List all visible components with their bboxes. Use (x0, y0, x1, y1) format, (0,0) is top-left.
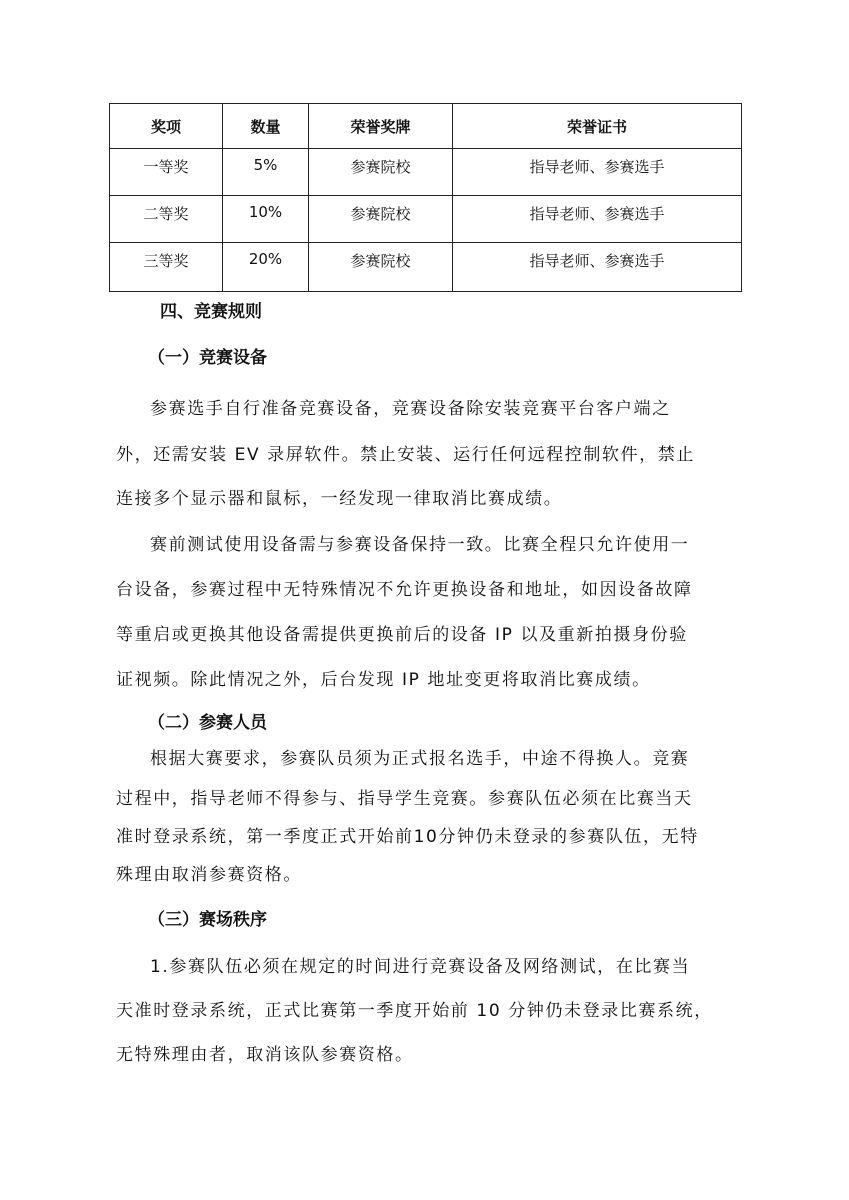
cell-medal: 参赛院校 (309, 149, 453, 196)
awards-table: 奖项 数量 荣誉奖牌 荣誉证书 一等奖 5% 参赛院校 指导老师、参赛选手 二等… (109, 103, 742, 292)
paragraph-line: 参赛选手自行准备竞赛设备，竞赛设备除安装竞赛平台客户端之 (150, 394, 671, 419)
cell-award: 二等奖 (110, 196, 223, 243)
subsection-heading-order: （三）赛场秩序 (148, 905, 267, 930)
paragraph-line: 赛前测试使用设备需与参赛设备保持一致。比赛全程只允许使用一 (150, 530, 689, 555)
paragraph-line: 外，还需安装 EV 录屏软件。禁止安装、运行任何远程控制软件，禁止 (116, 440, 695, 465)
table-row: 三等奖 20% 参赛院校 指导老师、参赛选手 (110, 243, 742, 292)
paragraph-line: 连接多个显示器和鼠标，一经发现一律取消比赛成绩。 (116, 484, 562, 509)
table-row: 二等奖 10% 参赛院校 指导老师、参赛选手 (110, 196, 742, 243)
header-quantity: 数量 (223, 104, 309, 149)
header-certificate: 荣誉证书 (453, 104, 742, 149)
section-heading: 四、竞赛规则 (160, 297, 262, 322)
paragraph-line: 无特殊理由者，取消该队参赛资格。 (116, 1040, 414, 1065)
cell-certificate: 指导老师、参赛选手 (453, 196, 742, 243)
cell-certificate: 指导老师、参赛选手 (453, 149, 742, 196)
header-medal: 荣誉奖牌 (309, 104, 453, 149)
table-header-row: 奖项 数量 荣誉奖牌 荣誉证书 (110, 104, 742, 149)
subsection-heading-personnel: （二）参赛人员 (148, 708, 267, 733)
paragraph-line: 天准时登录系统，正式比赛第一季度开始前 10 分钟仍未登录比赛系统， (116, 996, 713, 1021)
document-page: 奖项 数量 荣誉奖牌 荣誉证书 一等奖 5% 参赛院校 指导老师、参赛选手 二等… (0, 0, 849, 1200)
cell-quantity: 5% (223, 149, 309, 196)
paragraph-line: 准时登录系统，第一季度正式开始前10分钟仍未登录的参赛队伍，无特 (116, 822, 699, 847)
cell-quantity: 20% (223, 243, 309, 292)
paragraph-line: 根据大赛要求，参赛队员须为正式报名选手，中途不得换人。竞赛 (150, 744, 689, 769)
paragraph-line: 等重启或更换其他设备需提供更换前后的设备 IP 以及重新拍摄身份验 (116, 620, 688, 645)
cell-medal: 参赛院校 (309, 196, 453, 243)
header-award: 奖项 (110, 104, 223, 149)
cell-medal: 参赛院校 (309, 243, 453, 292)
cell-certificate: 指导老师、参赛选手 (453, 243, 742, 292)
paragraph-line: 过程中，指导老师不得参与、指导学生竞赛。参赛队伍必须在比赛当天 (116, 784, 693, 809)
paragraph-line: 殊理由取消参赛资格。 (116, 860, 302, 885)
paragraph-line: 1.参赛队伍必须在规定的时间进行竞赛设备及网络测试，在比赛当 (150, 952, 690, 977)
table-row: 一等奖 5% 参赛院校 指导老师、参赛选手 (110, 149, 742, 196)
cell-award: 三等奖 (110, 243, 223, 292)
cell-quantity: 10% (223, 196, 309, 243)
paragraph-line: 证视频。除此情况之外，后台发现 IP 地址变更将取消比赛成绩。 (116, 665, 651, 690)
cell-award: 一等奖 (110, 149, 223, 196)
subsection-heading-equipment: （一）竞赛设备 (148, 343, 267, 368)
paragraph-line: 台设备，参赛过程中无特殊情况不允许更换设备和地址，如因设备故障 (116, 575, 693, 600)
